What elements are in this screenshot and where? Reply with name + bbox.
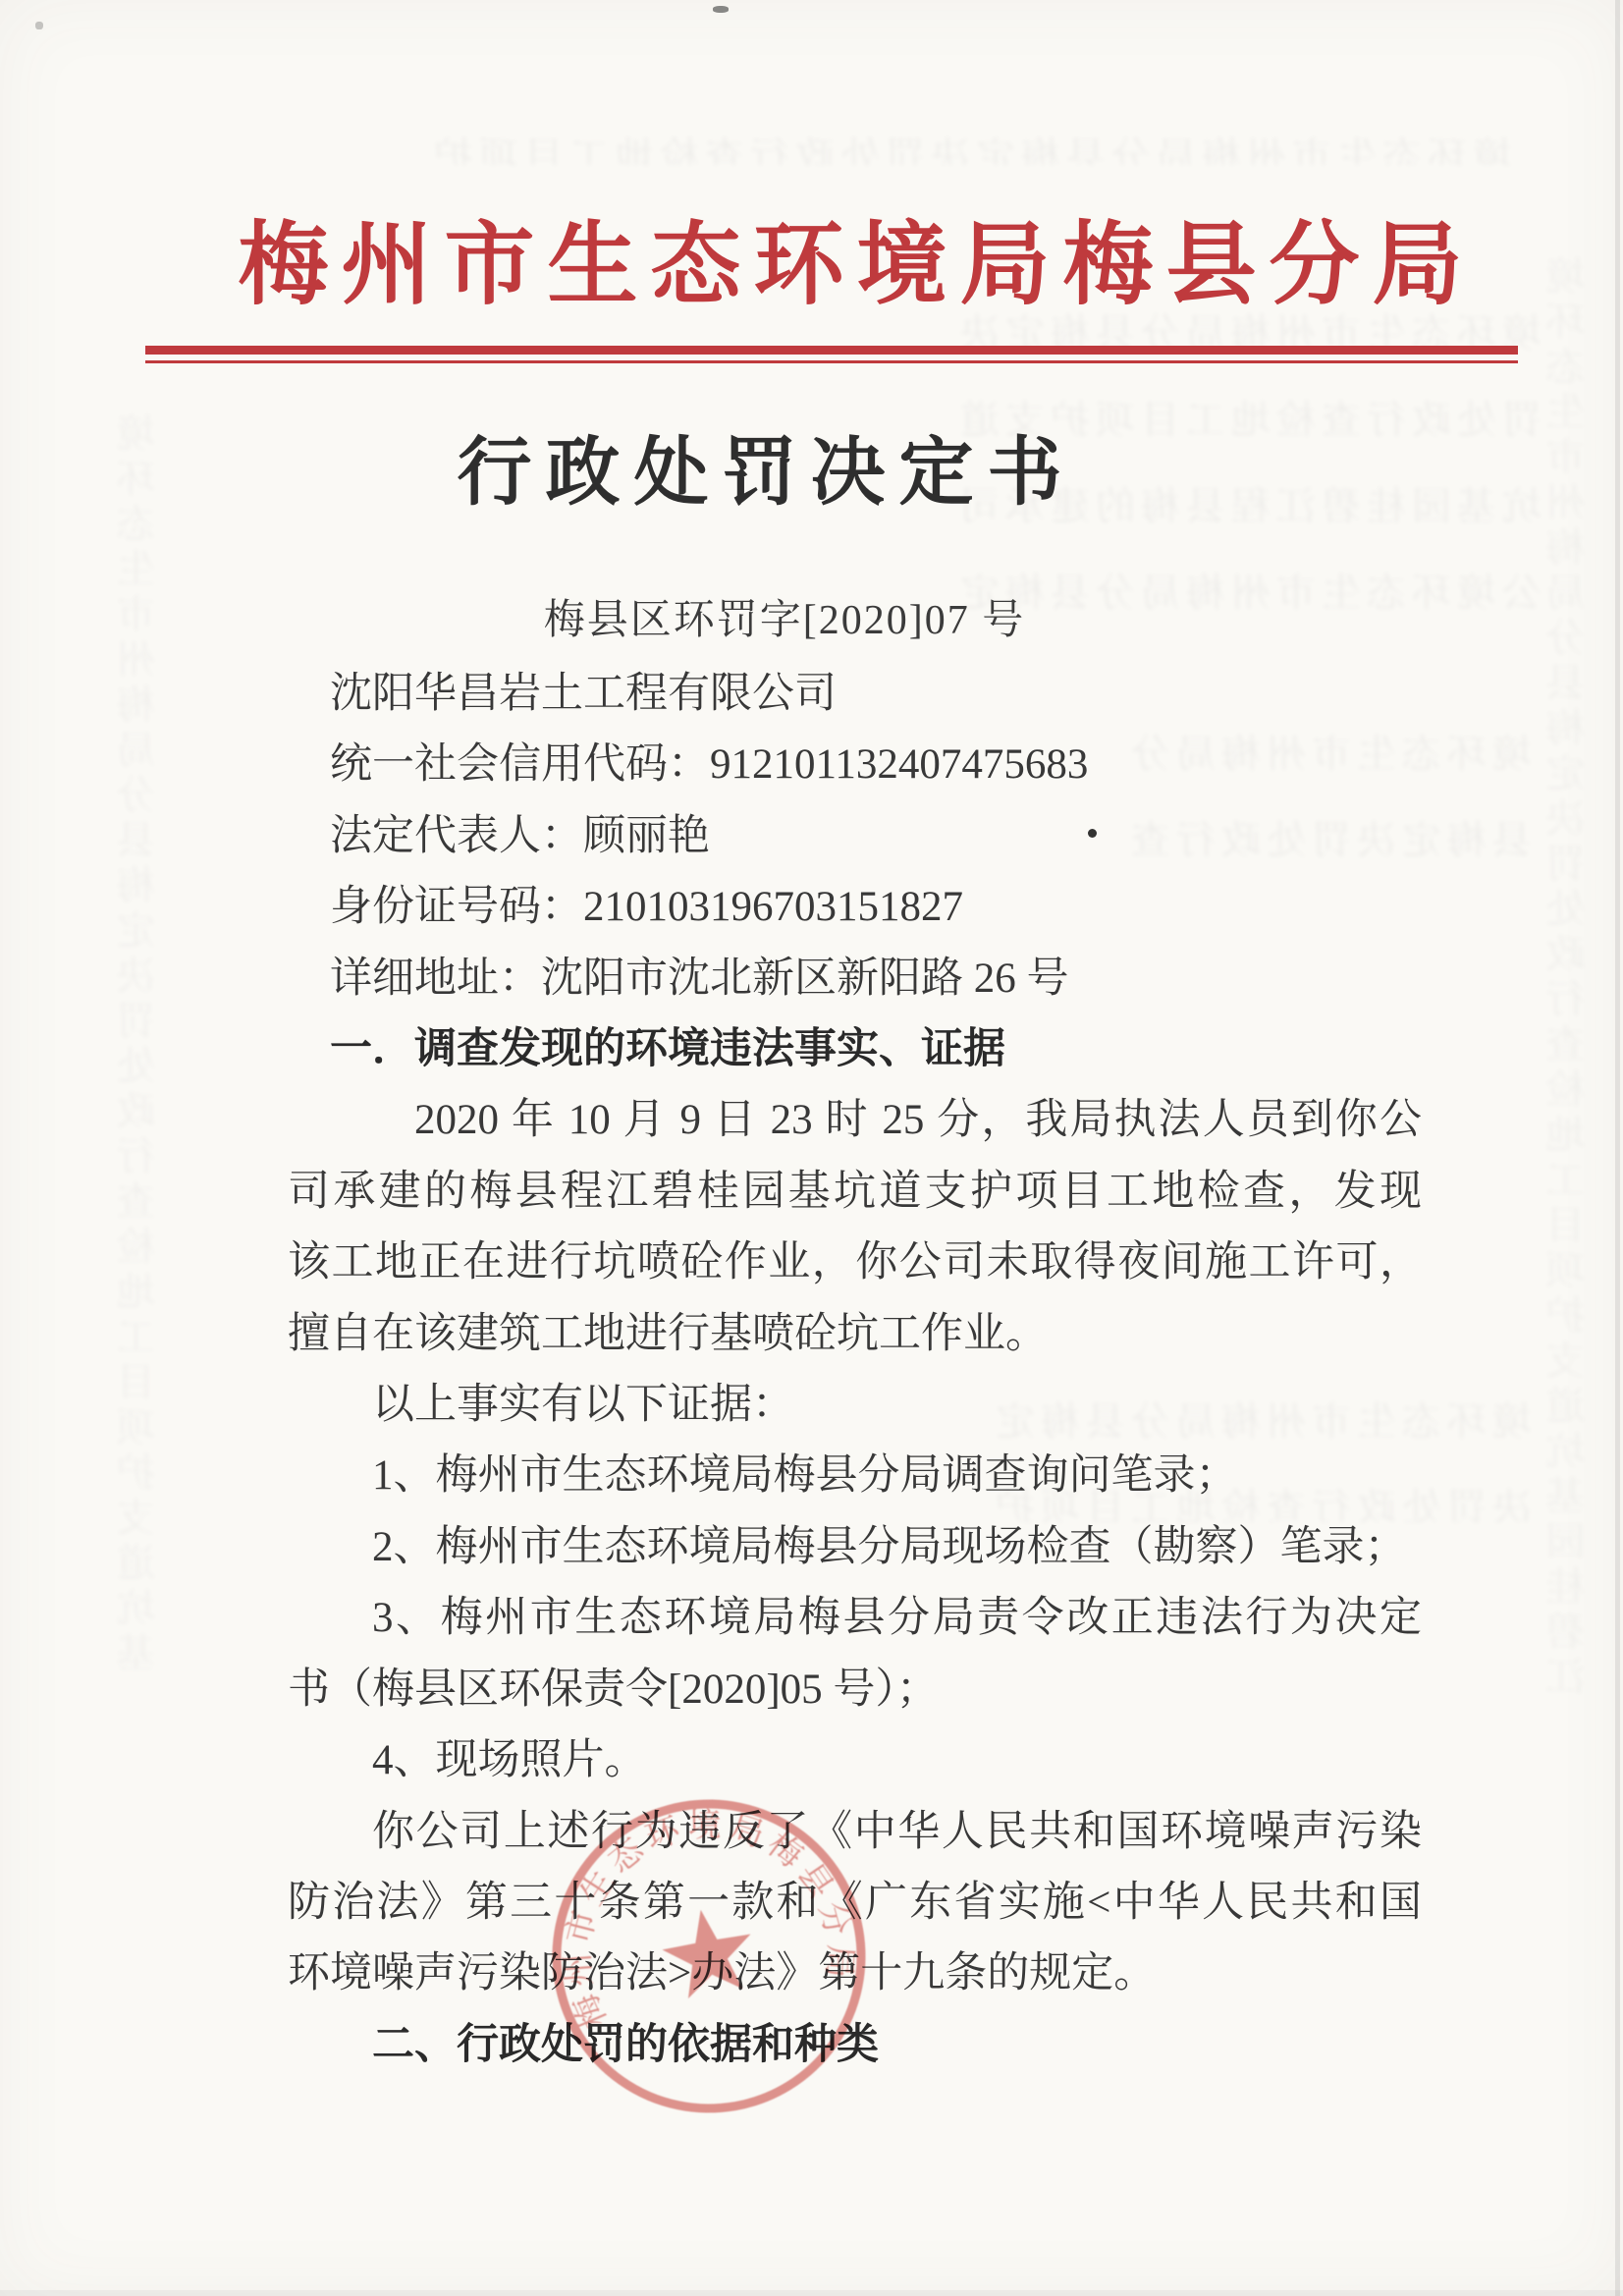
evidence-item-3: 3、梅州市生态环境局梅县分局责令改正违法行为决定 <box>288 1583 1422 1654</box>
body-line: 2020 年 10 月 9 日 23 时 25 分，我局执法人员到你公 <box>288 1085 1422 1156</box>
letterhead-rule-thin <box>145 360 1518 363</box>
body-line: 防治法》第三十条第一款和《广东省实施<中华人民共和国 <box>288 1868 1422 1939</box>
bleedthrough-ghost: 境环态生市州梅局分县梅定决罚处政行查检地工目项护支道坑基园桂碧江程县梅的建承司公… <box>412 114 1512 165</box>
body-line: 你公司上述行为违反了《中华人民共和国环境噪声污染 <box>288 1797 1422 1868</box>
document-number: 梅县区环罚字[2020]07 号 <box>0 587 1623 646</box>
evidence-item-1: 1、梅州市生态环境局梅县分局调查询问笔录； <box>288 1441 1422 1511</box>
evidence-item-2: 2、梅州市生态环境局梅县分局现场检查（勘察）笔录； <box>288 1512 1422 1583</box>
ink-dot-artifact <box>1088 829 1097 838</box>
scanned-document-page: 境环态生市州梅局分县梅定决罚处政行查检地工目项护支道坑基园桂碧江程县梅的建承司公… <box>0 0 1623 2296</box>
body-line-credit-code: 统一社会信用代码：912101132407475683 <box>288 730 1422 800</box>
scan-speck <box>713 6 729 13</box>
document-body: 沈阳华昌岩土工程有限公司 统一社会信用代码：912101132407475683… <box>288 659 1422 2081</box>
body-line-evidence-intro: 以上事实有以下证据： <box>288 1370 1422 1441</box>
section-heading-2: 二、行政处罚的依据和种类 <box>288 2010 1422 2081</box>
body-line: 司承建的梅县程江碧桂园基坑道支护项目工地检查，发现 <box>288 1157 1422 1228</box>
body-line-address: 详细地址：沈阳市沈北新区新阳路 26 号 <box>288 944 1422 1014</box>
evidence-item-3-cont: 书（梅县区环保责令[2020]05 号）； <box>288 1655 1422 1725</box>
body-line: 该工地正在进行坑喷砼作业，你公司未取得夜间施工许可， <box>288 1228 1422 1298</box>
document-title: 行政处罚决定书 <box>0 433 1623 516</box>
section-heading-1: 一．调查发现的环境违法事实、证据 <box>288 1014 1422 1085</box>
body-line: 环境噪声污染防治法>办法》第十九条的规定。 <box>288 1939 1422 2009</box>
body-line: 擅自在该建筑工地进行基喷砼坑工作业。 <box>288 1299 1422 1370</box>
scan-edge-shadow <box>0 2290 1623 2296</box>
body-line-company-name: 沈阳华昌岩土工程有限公司 <box>288 659 1422 730</box>
letterhead-rule-thick <box>145 346 1518 355</box>
body-line-legal-rep: 法定代表人：顾丽艳 <box>288 801 1422 872</box>
agency-letterhead-title: 梅州市生态环境局梅县分局 <box>0 220 1623 310</box>
evidence-item-4: 4、现场照片。 <box>288 1725 1422 1796</box>
body-line-id-number: 身份证号码：210103196703151827 <box>288 872 1422 943</box>
scan-edge-shadow <box>1615 0 1620 2296</box>
scan-speck <box>35 22 43 29</box>
